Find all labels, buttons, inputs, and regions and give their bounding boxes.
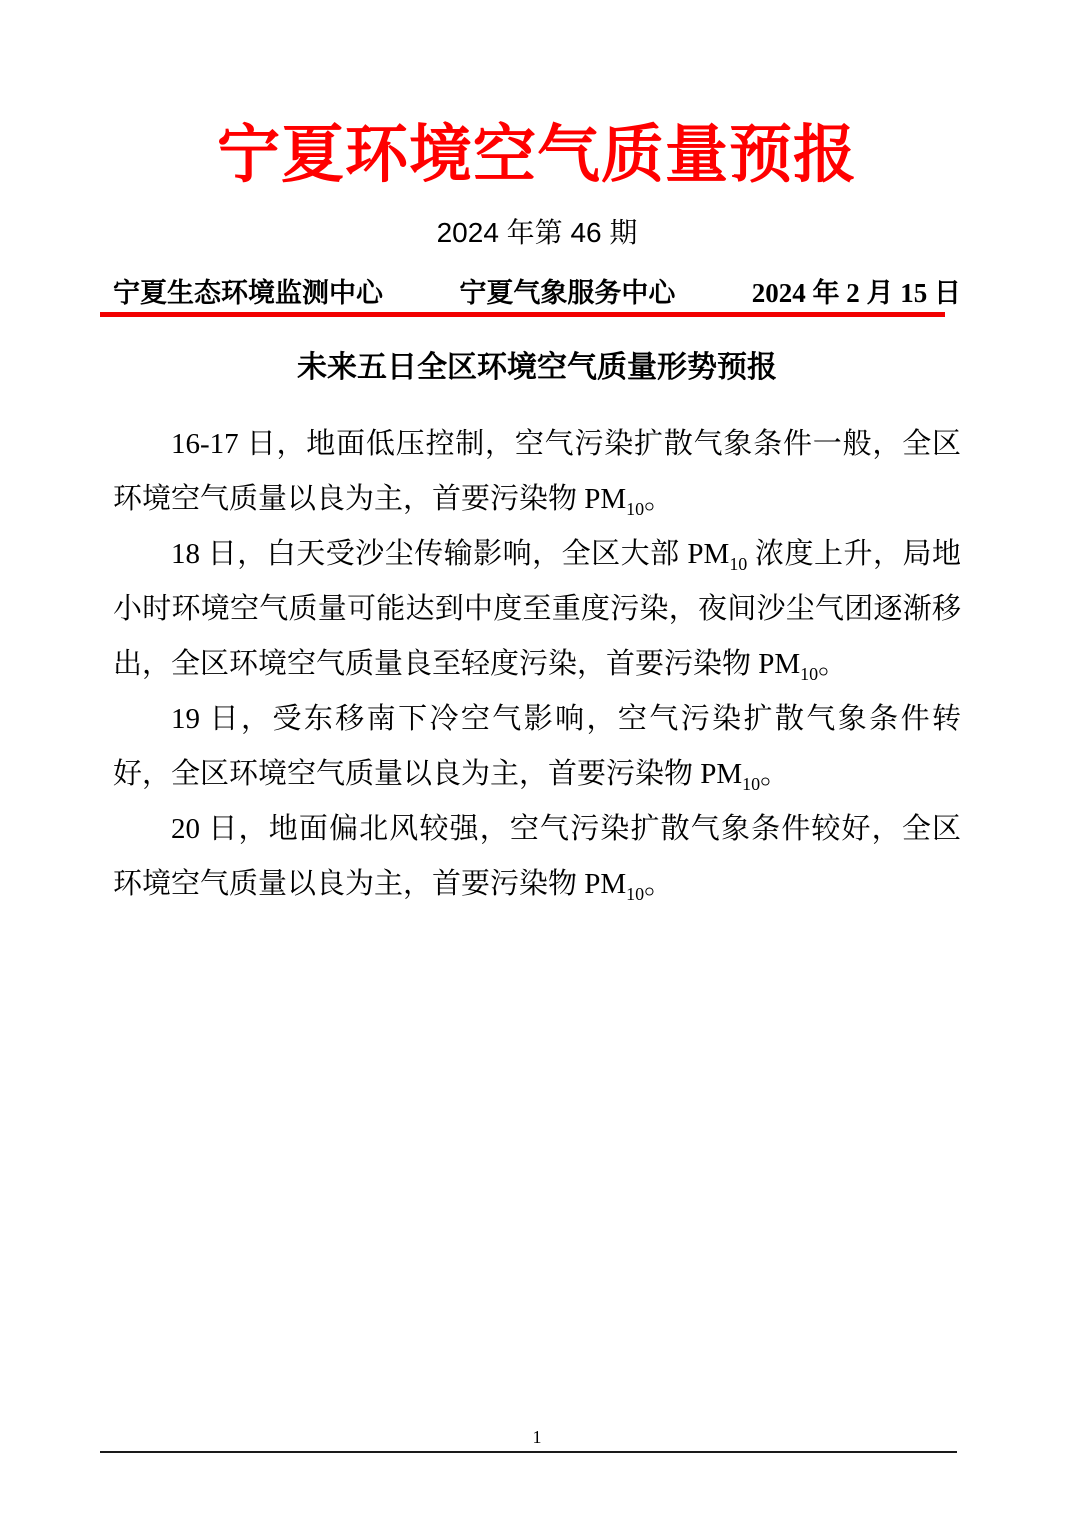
document-page: 宁夏环境空气质量预报 2024 年第 46 期 宁夏生态环境监测中心 宁夏气象服… — [0, 0, 1074, 1520]
footer-divider — [100, 1451, 957, 1453]
issue-date: 2024 年 2 月 15 日 — [752, 278, 961, 308]
paragraph-text: 18 日，白天受沙尘传输影响，全区大部 PM — [171, 538, 729, 570]
paragraph-text: 。 — [818, 648, 847, 680]
forecast-paragraph: 16-17 日，地面低压控制，空气污染扩散气象条件一般，全区环境空气质量以良为主… — [113, 417, 961, 527]
paragraph-text: 16-17 日，地面低压控制，空气污染扩散气象条件一般，全区环境空气质量以良为主… — [113, 428, 961, 515]
section-title: 未来五日全区环境空气质量形势预报 — [0, 349, 1074, 387]
paragraph-text: 20 日，地面偏北风较强，空气污染扩散气象条件较好，全区环境空气质量以良为主，首… — [113, 813, 961, 900]
forecast-paragraph: 18 日，白天受沙尘传输影响，全区大部 PM10 浓度上升，局地小时环境空气质量… — [113, 527, 961, 692]
pm-subscript: 10 — [729, 554, 747, 574]
masthead-row: 宁夏生态环境监测中心 宁夏气象服务中心 2024 年 2 月 15 日 — [113, 278, 961, 308]
pm-subscript: 10 — [742, 774, 760, 794]
forecast-body: 16-17 日，地面低压控制，空气污染扩散气象条件一般，全区环境空气质量以良为主… — [113, 417, 961, 912]
pm-subscript: 10 — [626, 499, 644, 519]
page-number: 1 — [0, 1425, 1074, 1449]
paragraph-text: 19 日，受东移南下冷空气影响，空气污染扩散气象条件转好，全区环境空气质量以良为… — [113, 703, 961, 790]
issue-number: 2024 年第 46 期 — [0, 216, 1074, 250]
red-divider — [100, 312, 945, 317]
pm-subscript: 10 — [800, 664, 818, 684]
forecast-paragraph: 19 日，受东移南下冷空气影响，空气污染扩散气象条件转好，全区环境空气质量以良为… — [113, 692, 961, 802]
paragraph-text: 。 — [644, 868, 673, 900]
forecast-paragraph: 20 日，地面偏北风较强，空气污染扩散气象条件较好，全区环境空气质量以良为主，首… — [113, 802, 961, 912]
org-monitoring-center: 宁夏生态环境监测中心 — [113, 278, 383, 308]
paragraph-text: 。 — [644, 483, 673, 515]
document-title: 宁夏环境空气质量预报 — [0, 118, 1074, 192]
org-meteorological-center: 宁夏气象服务中心 — [459, 278, 675, 308]
pm-subscript: 10 — [626, 884, 644, 904]
paragraph-text: 。 — [760, 758, 789, 790]
